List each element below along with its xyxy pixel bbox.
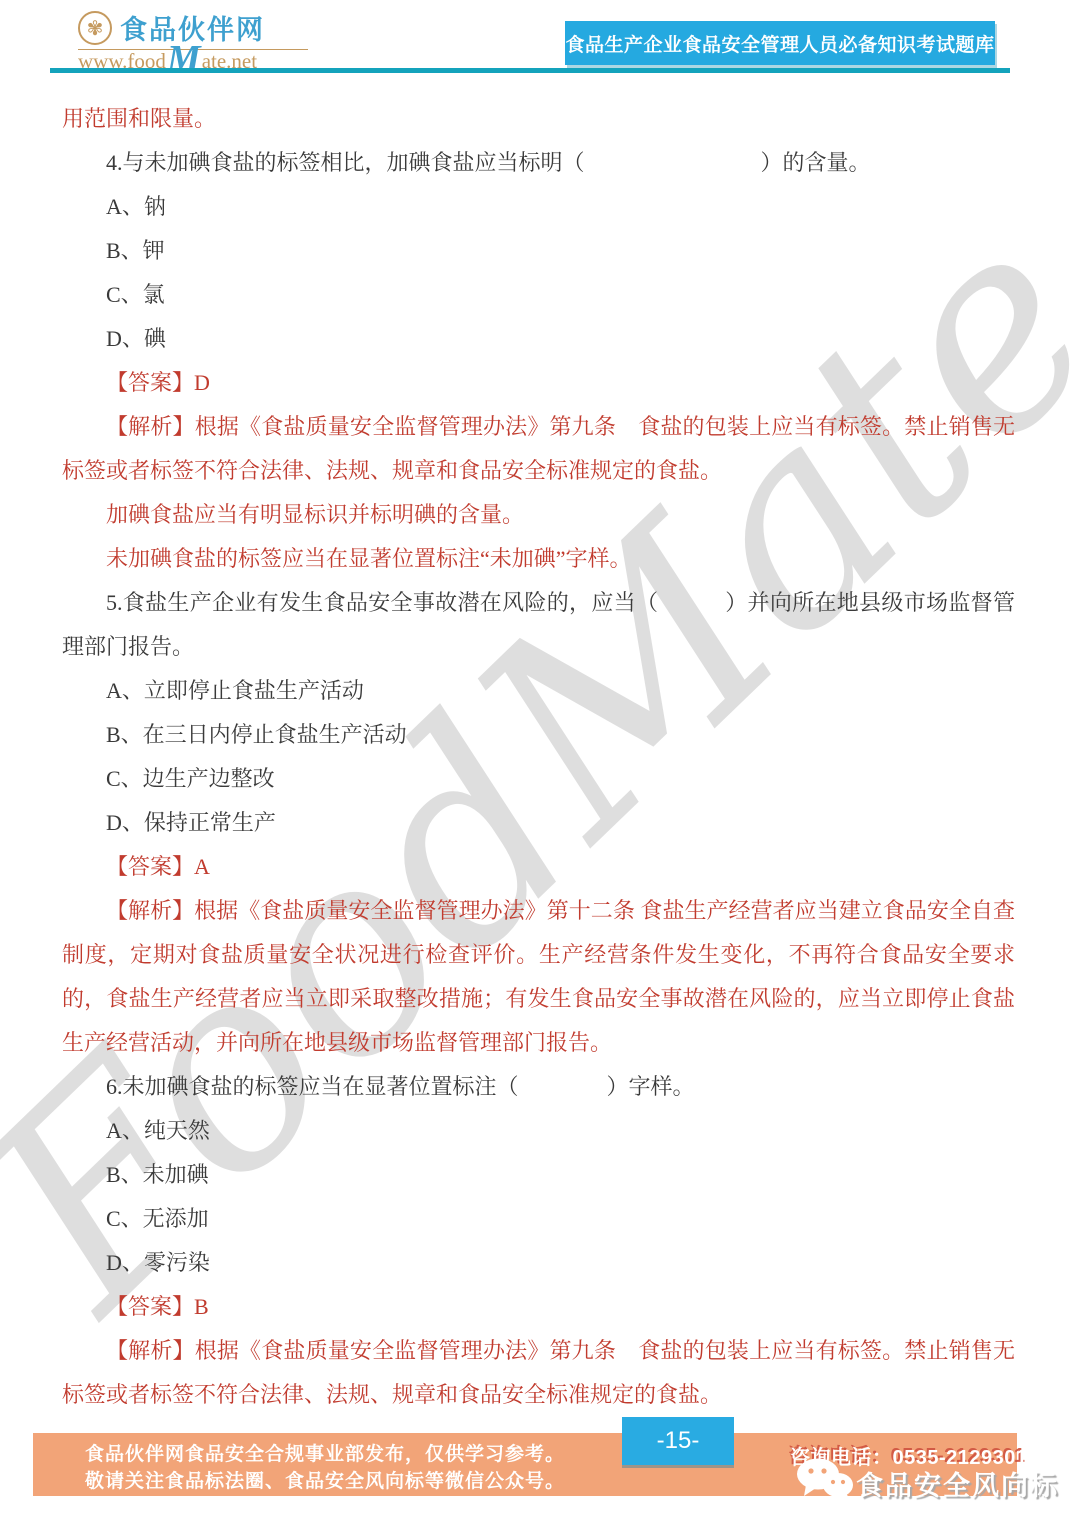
text-paragraph: 加碘食盐应当有明显标识并标明碘的含量。 [62,493,1015,537]
text-paragraph: B、钾 [62,229,1015,273]
flower-logo-icon: ✾ [78,11,112,45]
text-paragraph: C、边生产边整改 [62,757,1015,801]
text-paragraph: 用范围和限量。 [62,97,1015,141]
text-paragraph: B、在三日内停止食盐生产活动 [62,713,1015,757]
text-paragraph: 【解析】根据《食盐质量安全监督管理办法》第九条 食盐的包装上应当有标签。禁止销售… [62,405,1015,493]
text-paragraph: 【答案】A [62,845,1015,889]
text-paragraph: D、零污染 [62,1241,1015,1285]
text-paragraph: 6.未加碘食盐的标签应当在显著位置标注（ ）字样。 [62,1065,1015,1109]
text-paragraph: C、无添加 [62,1197,1015,1241]
text-paragraph: 【答案】B [62,1285,1015,1329]
page-number-badge: -15- [622,1417,734,1465]
text-paragraph: 【答案】D [62,361,1015,405]
question-content: 用范围和限量。4.与未加碘食盐的标签相比，加碘食盐应当标明（ ）的含量。A、钠B… [62,97,1015,1417]
exam-bank-title-banner: 食品生产企业食品安全管理人员必备知识考试题库 [565,21,995,65]
wechat-account-name: 食品安全风向标 [856,1464,1059,1503]
text-paragraph: 4.与未加碘食盐的标签相比，加碘食盐应当标明（ ）的含量。 [62,141,1015,185]
text-paragraph: 未加碘食盐的标签应当在显著位置标注“未加碘”字样。 [62,537,1015,581]
wechat-icon [796,1458,854,1505]
text-paragraph: 【解析】根据《食盐质量安全监督管理办法》第九条 食盐的包装上应当有标签。禁止销售… [62,1329,1015,1417]
text-paragraph: 【解析】根据《食盐质量安全监督管理办法》第十二条 食盐生产经营者应当建立食品安全… [62,889,1015,1065]
text-paragraph: A、纯天然 [62,1109,1015,1153]
footer-notice-line1: 食品伙伴网食品安全合规事业部发布，仅供学习参考。 [85,1441,565,1468]
text-paragraph: C、氯 [62,273,1015,317]
text-paragraph: A、钠 [62,185,1015,229]
text-paragraph: D、碘 [62,317,1015,361]
header-divider [50,68,1010,73]
text-paragraph: A、立即停止食盐生产活动 [62,669,1015,713]
text-paragraph: D、保持正常生产 [62,801,1015,845]
footer-notice-line2: 敬请关注食品标法圈、食品安全风向标等微信公众号。 [85,1468,565,1495]
text-paragraph: 5.食盐生产企业有发生食品安全事故潜在风险的，应当（ ）并向所在地县级市场监督管… [62,581,1015,669]
footer-notice: 食品伙伴网食品安全合规事业部发布，仅供学习参考。 敬请关注食品标法圈、食品安全风… [85,1441,565,1495]
text-paragraph: B、未加碘 [62,1153,1015,1197]
